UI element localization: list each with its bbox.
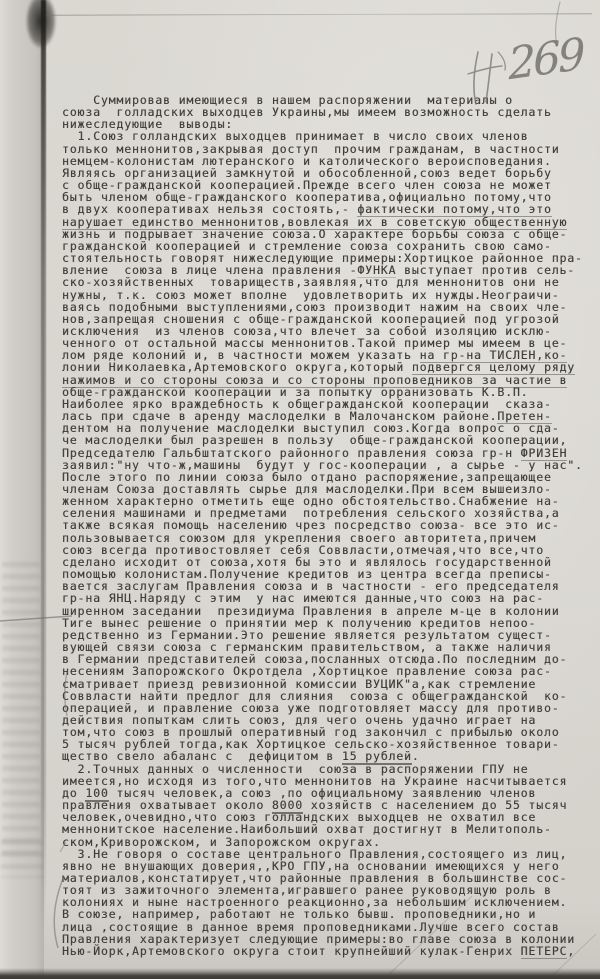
handwritten-page-number: 269	[507, 29, 583, 91]
paragraph-point-3: 3.Не говоря о составе центрального Правл…	[62, 848, 596, 957]
pencil-underline: нажимов и со стороны союза и со стороны …	[62, 373, 567, 388]
pencil-underline: Претен-	[497, 409, 551, 424]
paragraph-intro: Суммировав имеющиеся в нашем распоряжени…	[62, 94, 596, 130]
reverse-side-bleedthrough	[1, 840, 43, 878]
pencil-underline: ФРИЗЕН	[521, 446, 568, 461]
pencil-underline: ФУНКА	[357, 263, 396, 278]
paragraph-point-2: 2.Точных данных о численности союза в ра…	[62, 763, 596, 848]
page-bottom-edge	[0, 968, 600, 979]
page-fold-line	[41, 0, 46, 930]
reverse-side-bleedthrough	[2, 562, 40, 862]
pencil-underline: ПЕТЕРС	[521, 944, 568, 959]
scanned-document-page: { "handwriting": { "page_number": "269" …	[0, 0, 600, 979]
pencil-underline: 8000	[272, 798, 303, 814]
pencil-underline: 100	[85, 786, 108, 802]
pencil-underline: нарушает единство меннонитов,вовлекая их…	[62, 215, 567, 230]
document-text: Суммировав имеющиеся в нашем распоряжени…	[62, 94, 596, 957]
paragraph-point-1: 1.Союз голландских выходцев принимает в …	[62, 130, 596, 762]
